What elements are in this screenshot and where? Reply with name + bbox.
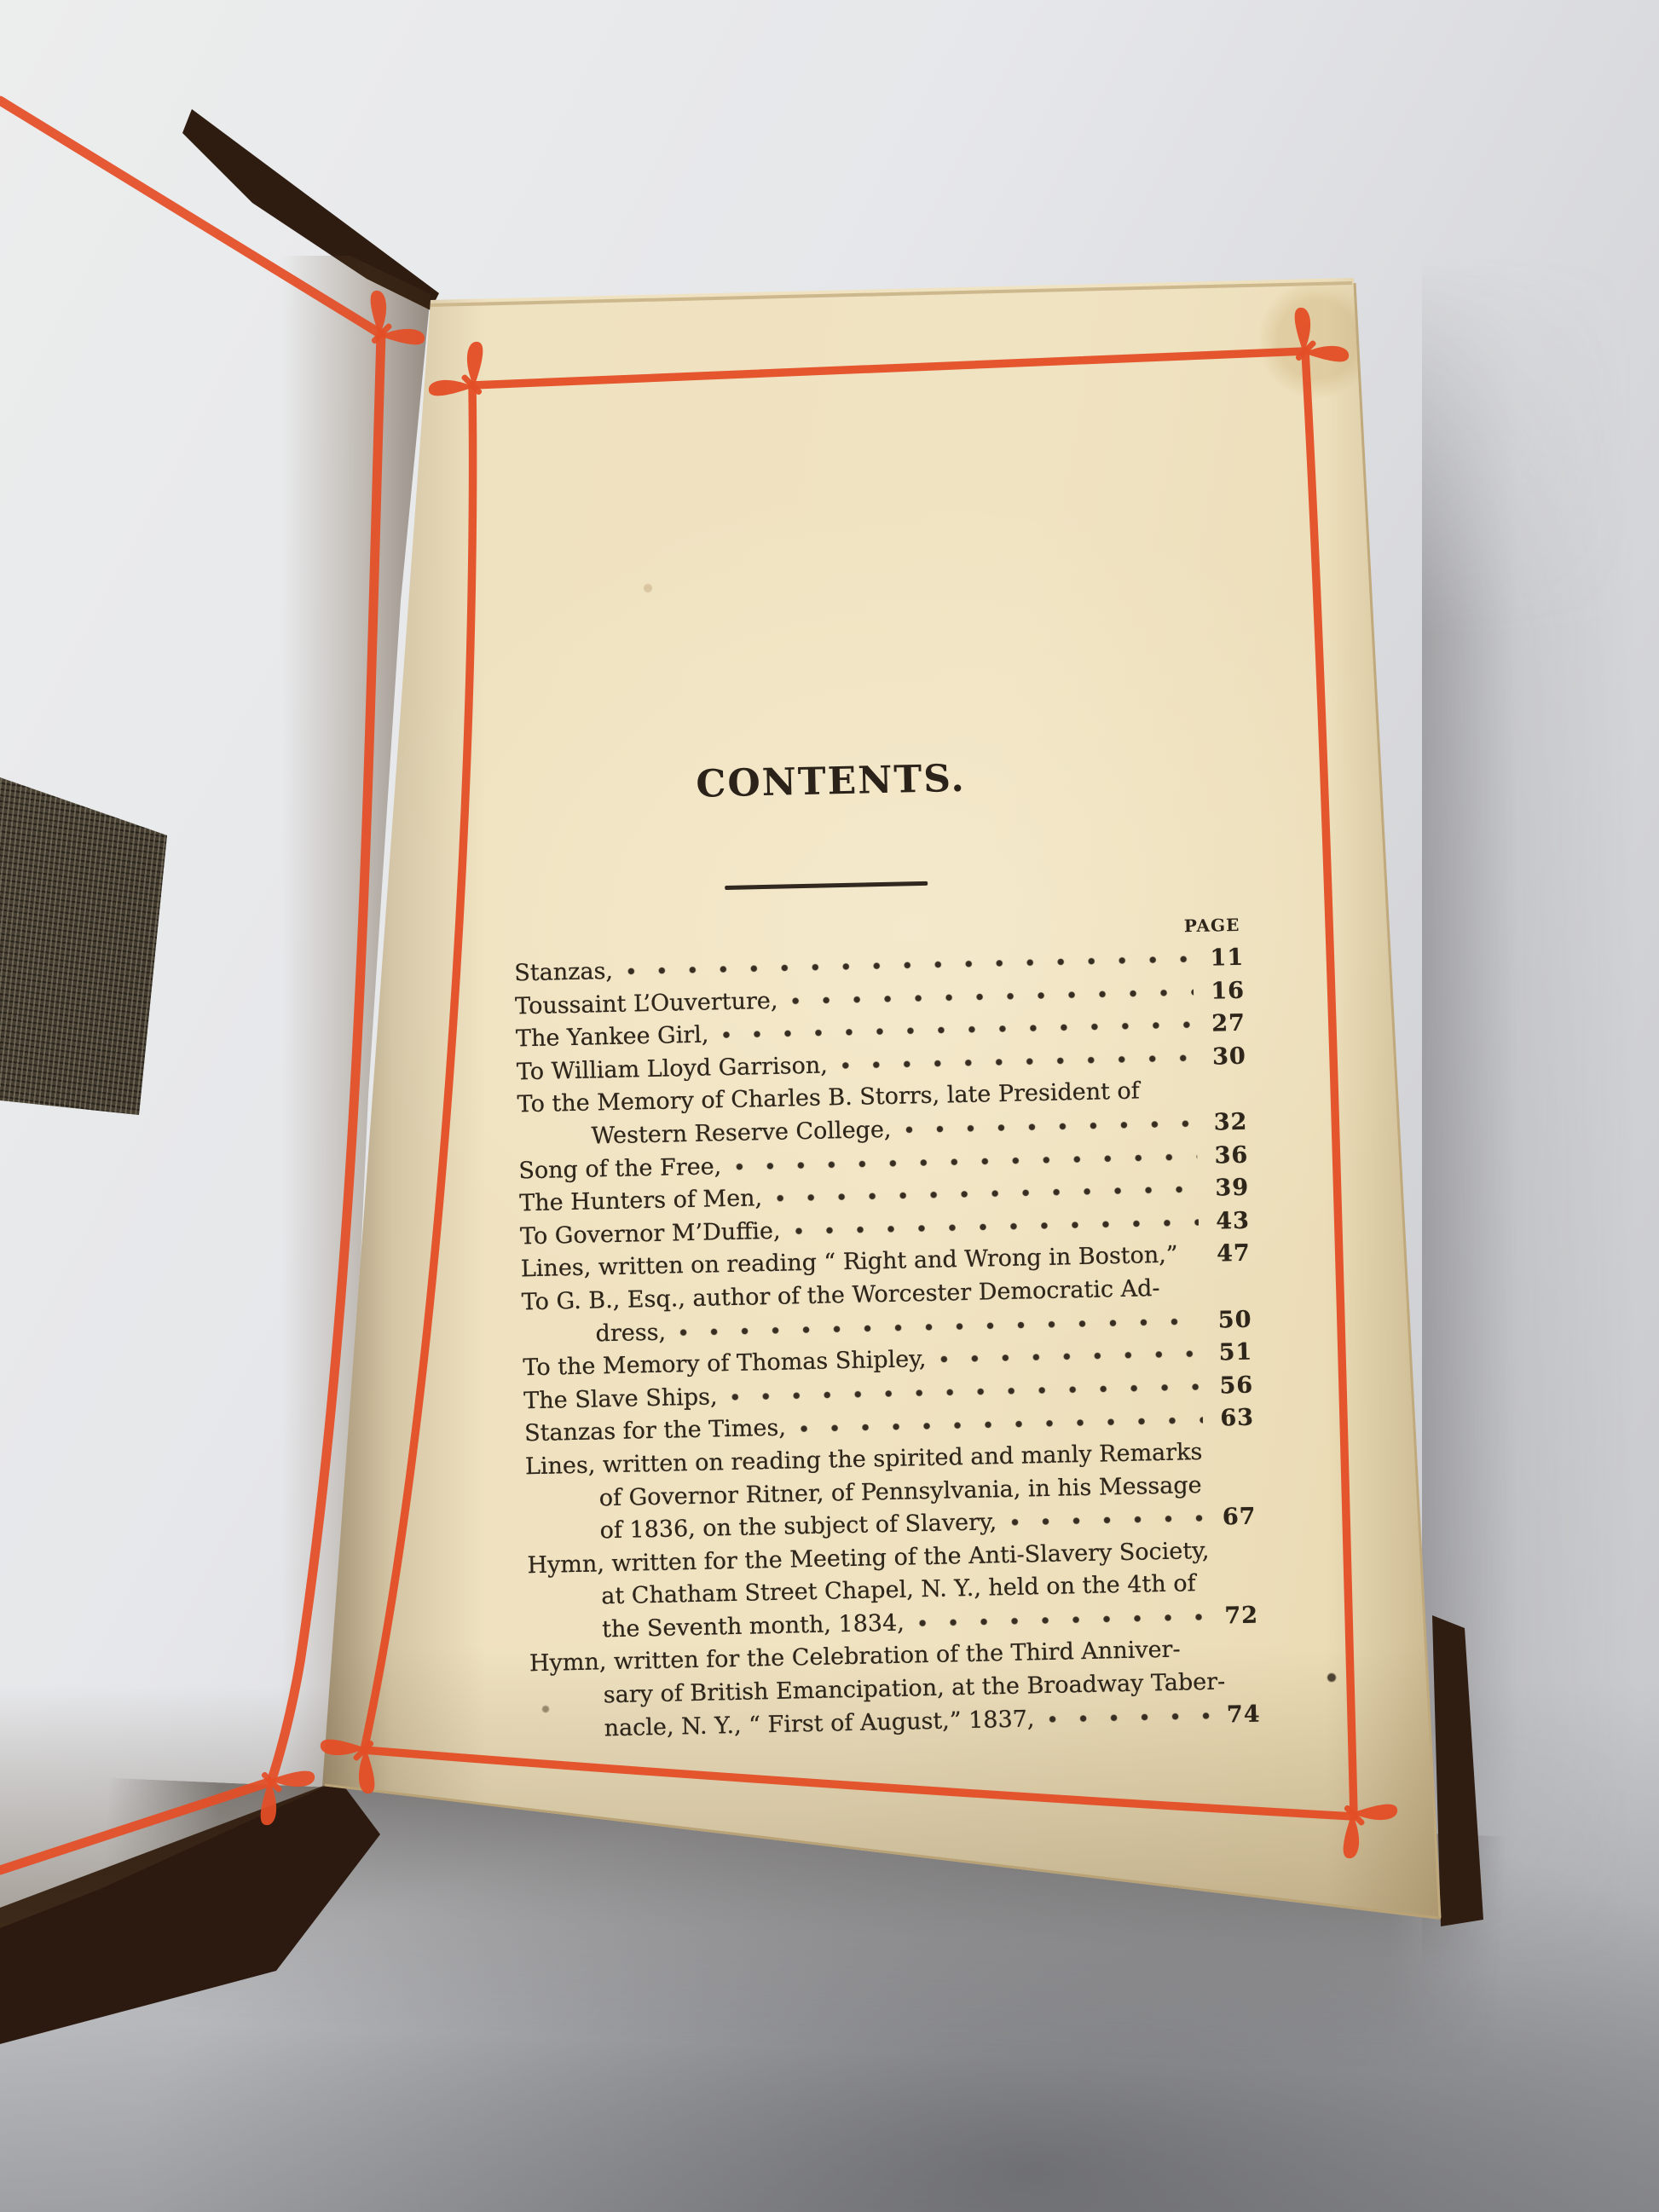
toc-page-number: 47 [1204,1238,1251,1272]
dot-leader [776,1185,1198,1203]
toc-page-number: 16 [1199,974,1246,1008]
toc-line-text: The Slave Ships, [523,1381,718,1418]
toc-list: Stanzas,11Toussaint L’Ouverture,16The Ya… [514,942,1261,1747]
toc-line-text: To Governor M’Duffie, [520,1215,781,1253]
toc-page-number: 72 [1212,1599,1259,1633]
toc-page-number: 27 [1199,1008,1246,1042]
toc-line-text: Stanzas for the Times, [524,1412,787,1451]
toc-entry: Lines, written on reading the spirited a… [525,1435,1257,1550]
dot-leader [1010,1514,1205,1527]
dot-leader [800,1416,1203,1433]
toc-line-text: Song of the Free, [518,1151,722,1188]
contents-text-block: CONTENTS. PAGE Stanzas,11Toussaint L’Ouv… [510,751,1261,1747]
dot-leader [1192,1251,1199,1260]
dot-leader [791,988,1194,1005]
dot-leader [905,1119,1196,1134]
dot-leader [731,1383,1202,1401]
dot-leader [918,1613,1207,1627]
toc-page-number: 32 [1201,1106,1248,1141]
toc-page-number: 56 [1207,1369,1254,1403]
title-rule [725,881,928,890]
dot-leader [1048,1712,1209,1724]
toc-page-number: 67 [1210,1501,1257,1535]
toc-page-number: 39 [1203,1172,1250,1206]
toc-page-number: 11 [1198,942,1245,976]
toc-page-number: 30 [1199,1040,1246,1074]
toc-page-number: 51 [1206,1337,1253,1371]
toc-page-number: 63 [1208,1402,1255,1436]
toc-entry: Hymn, written for the Meeting of the Ant… [527,1533,1258,1648]
toc-line-text: The Yankee Girl, [516,1019,709,1057]
dot-leader [794,1218,1199,1235]
book-photo: CONTENTS. PAGE Stanzas,11Toussaint L’Ouv… [0,0,1659,2212]
toc-page-number: 36 [1202,1139,1249,1173]
dot-leader [627,955,1193,975]
toc-line-text: Western Reserve College, [591,1114,892,1153]
toc-entry: Hymn, written for the Celebration of the… [529,1632,1261,1747]
toc-page-number: 50 [1205,1303,1252,1337]
toc-line-text: Stanzas, [514,956,613,990]
dot-leader [735,1152,1197,1171]
toc-line-text: Toussaint L’Ouverture, [515,985,778,1023]
dot-leader [939,1349,1201,1364]
dot-leader [679,1317,1201,1337]
toc-line-text: The Hunters of Men, [519,1182,763,1221]
dot-leader [722,1021,1194,1040]
toc-page-number: 74 [1214,1698,1261,1732]
dot-leader [841,1054,1195,1070]
toc-page-number: 43 [1204,1204,1251,1239]
toc-line-text: dress, [595,1316,666,1350]
